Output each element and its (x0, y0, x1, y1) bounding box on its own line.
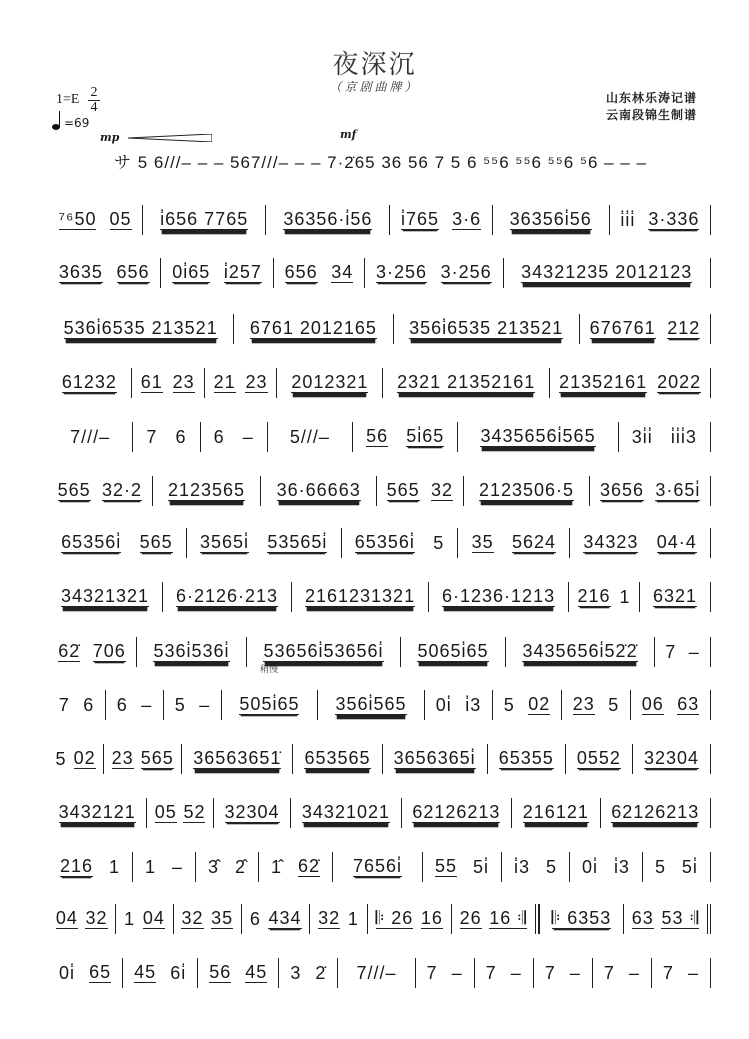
note-group: 7 (665, 643, 676, 661)
note-group: 34 (331, 263, 353, 283)
measure: 2012321 (276, 368, 382, 398)
note-group: 3·256 (441, 263, 492, 283)
note-group: 5065i̇65 (417, 642, 488, 662)
note-group: 216121 (523, 803, 589, 823)
measure: 235 (561, 690, 630, 720)
note-group: 32304 (644, 749, 699, 769)
note-group: 65 (89, 963, 111, 983)
note-group: 6 (214, 428, 225, 446)
note-group: 356i̇6535 213521 (409, 319, 563, 339)
note-group: 5i̇ (473, 858, 489, 876)
note-group: 45 (134, 963, 156, 983)
measure: 321 (309, 904, 366, 934)
note-group: 61 (141, 373, 163, 393)
measure: 3235 (173, 904, 241, 934)
note-group: 3i̇i̇ (632, 428, 653, 446)
measure: 36356i̇56 (492, 205, 609, 235)
note-group: 2123506·5 (479, 481, 574, 501)
measure: 62126213 (600, 798, 711, 828)
note-group: 3432121 (59, 803, 136, 823)
note-group: 2022 (657, 373, 701, 393)
score-title: 夜深沉 (0, 44, 749, 81)
note-group: 565 (387, 481, 420, 501)
measure: 34321321 (48, 582, 162, 612)
score-row: 5022356536563651̇6535653656365i̇65355055… (48, 744, 711, 774)
measure: i̇35 (501, 852, 569, 882)
note-group: 2̇ (315, 964, 326, 982)
note-group: 34321235 2012123 (521, 263, 692, 283)
note-group: 65356i̇ (61, 533, 121, 553)
note-group: 1̂ (271, 858, 282, 876)
measure: i̇656 7765 (142, 205, 265, 235)
measure: 7656i̇ (332, 852, 422, 882)
measure: 565i̇65 (352, 422, 457, 452)
score-row: 0i̇65456i̇564532̇7///–7–7–7–7–7– (48, 958, 711, 988)
measure: 7– (415, 958, 474, 988)
note-group: 23 (573, 695, 595, 715)
time-sig-bottom: 4 (88, 100, 100, 115)
note-group: 02 (74, 749, 96, 769)
time-sig-top: 2 (91, 85, 98, 100)
note-group: 7 (427, 964, 438, 982)
time-signature: 2 4 (88, 86, 100, 115)
measure: 2123 (204, 368, 277, 398)
note-group: – (172, 858, 183, 876)
measure: 55i̇ (642, 852, 711, 882)
measure: サ 5 6///– – – 567///– – – 7·2̇65 36 56 7… (52, 148, 709, 178)
note-group: 2012321 (291, 373, 368, 393)
note-group: 7 (545, 964, 556, 982)
note-group: 6 (250, 910, 261, 928)
note-group: サ 5 6///– – – 567///– – – 7·2̇65 36 56 7… (114, 154, 647, 172)
measure: 502 (48, 744, 103, 774)
note-group: – (629, 964, 640, 982)
note-group: 7656i̇ (353, 857, 402, 877)
note-group: 23 (112, 749, 134, 769)
note-group: 45 (245, 963, 267, 983)
note-group: 216 (578, 587, 611, 607)
note-group: 65355 (499, 749, 554, 769)
note-group: 32 (85, 909, 107, 929)
measure: 76 (132, 422, 199, 452)
measure: 7– (651, 958, 711, 988)
measure: 6– (200, 422, 267, 452)
measure: 36563·65i̇ (589, 476, 711, 506)
score-row: 65356i̇5653565i̇53565i̇65356i̇5355624343… (48, 528, 711, 558)
note-group: – (452, 964, 463, 982)
measure: 3432304·4 (569, 528, 711, 558)
note-group: 53565i̇ (267, 533, 327, 553)
note-group: 3·65i̇ (655, 481, 700, 501)
note-group: 3656365i̇ (394, 749, 476, 769)
note-group: 1 (109, 858, 120, 876)
measure: 536i̇6535 213521 (48, 314, 233, 344)
note-group: 23 (173, 373, 195, 393)
note-group: 34321321 (61, 587, 149, 607)
measure: 5645 (197, 958, 278, 988)
note-group: 32 (431, 481, 453, 501)
note-group: 05 (155, 803, 177, 823)
measure: 53656i̇53656i̇ (246, 637, 400, 667)
measure: 356i̇6535 213521 (393, 314, 579, 344)
note-group: 2161231321 (305, 587, 415, 607)
note-group: i̇257 (224, 263, 262, 283)
measure: 7– (592, 958, 651, 988)
note-group: 505i̇65 (239, 695, 299, 715)
note-group: 7 (604, 964, 615, 982)
note-group: 3635 (59, 263, 103, 283)
note-group: 16 (421, 909, 443, 929)
score-row: 043210432356434321𝄆 26162616 𝄇𝄆 63536353… (48, 904, 711, 934)
note-group: 676761 (590, 319, 656, 339)
note-group: 36563651̇ (193, 749, 281, 769)
note-group: 2̂ (235, 858, 246, 876)
measure: 676761212 (579, 314, 711, 344)
measure: 3565i̇53565i̇ (186, 528, 341, 558)
note-group: 65356i̇ (355, 533, 415, 553)
measure: 213521612022 (549, 368, 711, 398)
note-group: 23 (245, 373, 267, 393)
measure: 65356i̇565 (48, 528, 186, 558)
measure: 0i̇i̇3 (424, 690, 492, 720)
measure: 3·2563·256 (364, 258, 502, 288)
measure: i̇7653·6 (389, 205, 491, 235)
measure: 3635656 (48, 258, 160, 288)
note-group: 26 (460, 909, 482, 929)
measure: 3435656i̇52̇2̇ (505, 637, 654, 667)
note-group: 6 (117, 696, 128, 714)
credit-transcriber: 山东林乐涛记谱 (606, 90, 697, 107)
measure: 34321021 (290, 798, 400, 828)
measure: 2161 (568, 582, 639, 612)
note-group: 656 (117, 263, 150, 283)
measure: 23565 (103, 744, 181, 774)
note-group: 55 (435, 857, 457, 877)
measure: 6353 𝄇 (623, 904, 711, 934)
measure: 6– (105, 690, 163, 720)
measure: 505i̇65 (221, 690, 317, 720)
note-group: 5 (504, 696, 515, 714)
note-group: 434 (268, 909, 301, 929)
measure: 555i̇ (422, 852, 501, 882)
note-group: 5 (608, 696, 619, 714)
note-group: 5 (655, 858, 666, 876)
measure: 0i̇65i̇257 (160, 258, 272, 288)
measure: 𝄆 6353 (539, 904, 623, 934)
note-group: – (141, 696, 152, 714)
note-group: 04 (143, 909, 165, 929)
tempo-marking: =69 (52, 116, 89, 130)
note-group: i̇656 7765 (160, 210, 248, 230)
measure: 5065i̇65 (400, 637, 505, 667)
note-group: 34323 (583, 533, 638, 553)
note-group: ⁷⁶50 (59, 210, 97, 230)
note-group: 53656i̇53656i̇ (263, 642, 383, 662)
note-group: 536i̇536i̇ (153, 642, 229, 662)
measure: 34321235 2012123 (503, 258, 711, 288)
note-group: 1 (124, 910, 135, 928)
measure: 62̇706 (48, 637, 136, 667)
note-group: 3·336 (648, 210, 699, 230)
measure: 6761 2012165 (233, 314, 392, 344)
note-group: 0i̇ (59, 964, 75, 982)
measure: ⁷⁶5005 (48, 205, 142, 235)
score-row: 56532·2212356536·66663565322123506·53656… (48, 476, 711, 506)
measure: 2321 21352161 (382, 368, 549, 398)
note-group: i̇765 (401, 210, 439, 230)
note-group: 5 (56, 750, 67, 768)
measure: 0i̇i̇3 (569, 852, 642, 882)
tempo-value: =69 (64, 116, 89, 130)
score-row: 7///–766–5///–565i̇653435656i̇5653i̇i̇i̇… (48, 422, 711, 452)
note-group: 32304 (225, 803, 280, 823)
dynamic-mf: mf (340, 128, 356, 141)
note-group: i̇3 (514, 858, 530, 876)
note-group: 1 (620, 588, 631, 606)
note-group: 3435656i̇565 (480, 427, 595, 447)
note-group: 0i̇ (582, 858, 598, 876)
credits: 山东林乐涛记谱 云南段锦生制谱 (606, 90, 697, 124)
note-group: 34321021 (302, 803, 390, 823)
note-group: 61232 (62, 373, 117, 393)
note-group: 653565 (304, 749, 370, 769)
score-row: ⁷⁶5005i̇656 776536356·i̇56i̇7653·636356i… (48, 205, 711, 235)
score-row: 766–5–505i̇65356i̇5650i̇i̇35022350663 (48, 690, 711, 720)
measure: 3̂2̂ (195, 852, 258, 882)
measure: 36356·i̇56 (265, 205, 389, 235)
note-group: 565 (58, 481, 91, 501)
measure: 355624 (457, 528, 569, 558)
dynamic-mp: mp (100, 131, 119, 144)
note-group: 565 (140, 533, 173, 553)
note-group: 7 (663, 964, 674, 982)
note-group: 7///– (70, 428, 110, 446)
measure: i̇i̇i̇3·336 (609, 205, 711, 235)
note-group: 05 (110, 210, 132, 230)
note-group: i̇i̇i̇ (620, 211, 635, 229)
note-group: 5///– (290, 428, 330, 446)
measure: 62126213 (401, 798, 511, 828)
measure: 6123 (131, 368, 204, 398)
note-group: 6 (83, 696, 94, 714)
note-group: 3435656i̇52̇2̇ (522, 642, 637, 662)
note-group: 36356i̇56 (510, 210, 592, 230)
note-group: 16 𝄇 (489, 909, 527, 929)
note-group: 04 (56, 909, 78, 929)
measure: 3435656i̇565 (457, 422, 617, 452)
measure: 536i̇536i̇ (136, 637, 246, 667)
score-row: 3432121055232304343210216212621321612162… (48, 798, 711, 828)
note-group: 35 (472, 533, 494, 553)
note-group: 656 (285, 263, 318, 283)
note-group: 7 (146, 428, 157, 446)
note-group: 35 (211, 909, 233, 929)
measure: 653565 (292, 744, 381, 774)
note-group: 212 (667, 319, 700, 339)
measure: 7– (654, 637, 711, 667)
measure: 2123506·5 (463, 476, 590, 506)
measure: 32304 (632, 744, 711, 774)
note-group: 3̂ (208, 858, 219, 876)
measure: 6434 (241, 904, 309, 934)
note-group: 06 (642, 695, 664, 715)
measure: 5– (163, 690, 221, 720)
score-row: 343213216·2126·21321612313216·1236·12132… (48, 582, 711, 612)
measure: 32304 (213, 798, 290, 828)
note-group: 63 (677, 695, 699, 715)
measure: 36·66663 (260, 476, 376, 506)
measure: 1– (132, 852, 195, 882)
note-group: – (688, 964, 699, 982)
measure: 0552 (146, 798, 212, 828)
measure: 76 (48, 690, 105, 720)
note-group: 3656 (600, 481, 644, 501)
note-group: 536i̇6535 213521 (64, 319, 218, 339)
note-group: – (511, 964, 522, 982)
measure: 56532·2 (48, 476, 152, 506)
score-row: 62̇706536i̇536i̇53656i̇53656i̇5065i̇6534… (48, 637, 711, 667)
measure: 502 (492, 690, 561, 720)
measure: 356i̇565 (317, 690, 424, 720)
note-group: i̇3 (465, 696, 481, 714)
measure: 3432121 (48, 798, 146, 828)
measure: 3i̇i̇i̇i̇i̇3 (618, 422, 711, 452)
note-group: 2321 21352161 (397, 373, 535, 393)
measure: 216121 (511, 798, 599, 828)
measure: 2616 𝄇 (451, 904, 539, 934)
note-group: – (199, 696, 210, 714)
note-group: 6761 2012165 (250, 319, 377, 339)
measure: 7– (474, 958, 533, 988)
note-group: – (243, 428, 254, 446)
measure: 1̂62̇ (258, 852, 332, 882)
measure: 𝄆 2616 (367, 904, 451, 934)
note-group: 1 (348, 910, 359, 928)
note-group: 53 𝄇 (661, 909, 699, 929)
note-group: 7 (59, 696, 70, 714)
note-group: 6321 (653, 587, 697, 607)
note-group: 706 (93, 642, 126, 662)
note-group: 𝄆 26 (376, 909, 414, 929)
note-group: 7 (486, 964, 497, 982)
score-row: 612326123212320123212321 213521612135216… (48, 368, 711, 398)
note-group: 52 (183, 803, 205, 823)
measure: 32̇ (278, 958, 337, 988)
measure: 2123565 (152, 476, 261, 506)
note-group: 2123565 (168, 481, 245, 501)
note-group: 36356·i̇56 (283, 210, 372, 230)
measure: 6321 (639, 582, 711, 612)
measure: 0663 (630, 690, 711, 720)
key-signature: 1=E (56, 92, 79, 108)
note-group: 56 (209, 963, 231, 983)
note-group: 6i̇ (170, 964, 186, 982)
note-group: – (689, 643, 700, 661)
note-group: 0552 (577, 749, 621, 769)
note-group: 5 (546, 858, 557, 876)
score-row: サ 5 6///– – – 567///– – – 7·2̇65 36 56 7… (52, 148, 709, 178)
note-group: 63 (632, 909, 654, 929)
note-group: 32 (181, 909, 203, 929)
measure: 65634 (273, 258, 364, 288)
note-group: 04·4 (657, 533, 697, 553)
note-group: 356i̇565 (335, 695, 406, 715)
note-group: 5i̇ (682, 858, 698, 876)
note-group: 6·1236·1213 (442, 587, 555, 607)
quarter-note-icon (52, 124, 60, 130)
measure: 7– (533, 958, 592, 988)
note-group: 5i̇65 (406, 427, 444, 447)
measure: 7///– (337, 958, 414, 988)
measure: 56532 (376, 476, 463, 506)
measure: 0i̇65 (48, 958, 122, 988)
measure: 2161231321 (291, 582, 428, 612)
note-group: 32·2 (102, 481, 142, 501)
note-group: 7///– (356, 964, 396, 982)
measure: 104 (115, 904, 172, 934)
note-group: i̇3 (614, 858, 630, 876)
note-group: 3565i̇ (200, 533, 249, 553)
measure: 5///– (267, 422, 352, 452)
measure: 65356i̇5 (341, 528, 458, 558)
note-group: 3·256 (376, 263, 427, 283)
note-group: 1 (145, 858, 156, 876)
measure: 0552 (565, 744, 632, 774)
note-group: 62̇ (298, 857, 320, 877)
note-group: i̇i̇i̇3 (671, 428, 697, 446)
note-group: 5624 (512, 533, 556, 553)
note-group: 02 (528, 695, 550, 715)
score-row: 21611–3̂2̂1̂62̇7656i̇555i̇i̇350i̇i̇355i̇ (48, 852, 711, 882)
note-group: 0i̇65 (172, 263, 210, 283)
measure: 3656365i̇ (382, 744, 487, 774)
note-group: 𝄆 6353 (552, 909, 612, 929)
note-group: 5 (175, 696, 186, 714)
note-group: – (570, 964, 581, 982)
note-group: 62̇ (58, 642, 80, 662)
crescendo-icon (128, 134, 212, 142)
note-group: 565 (141, 749, 174, 769)
measure: 6·2126·213 (162, 582, 291, 612)
note-group: 5 (433, 534, 444, 552)
measure: 2161 (48, 852, 132, 882)
measure: 0432 (48, 904, 115, 934)
note-group: 216 (60, 857, 93, 877)
note-group: 0i̇ (436, 696, 452, 714)
note-group: 32 (318, 909, 340, 929)
note-group: 21352161 (559, 373, 647, 393)
credit-arranger: 云南段锦生制谱 (606, 107, 697, 124)
note-group: 3·6 (452, 210, 481, 230)
score-row: 536i̇6535 2135216761 2012165356i̇6535 21… (48, 314, 711, 344)
note-group: 21 (214, 373, 236, 393)
measure: 6·1236·1213 (428, 582, 568, 612)
note-group: 36·66663 (277, 481, 361, 501)
note-group: 3 (290, 964, 301, 982)
measure: 456i̇ (122, 958, 197, 988)
note-group: 6 (175, 428, 186, 446)
measure: 65355 (487, 744, 565, 774)
note-group: 62126213 (611, 803, 699, 823)
note-group: 56 (366, 427, 388, 447)
note-group: 6·2126·213 (176, 587, 278, 607)
measure: 36563651̇ (181, 744, 292, 774)
measure: 7///– (48, 422, 132, 452)
measure: 61232 (48, 368, 131, 398)
score-row: 36356560i̇65i̇257656343·2563·25634321235… (48, 258, 711, 288)
note-group: 62126213 (412, 803, 500, 823)
